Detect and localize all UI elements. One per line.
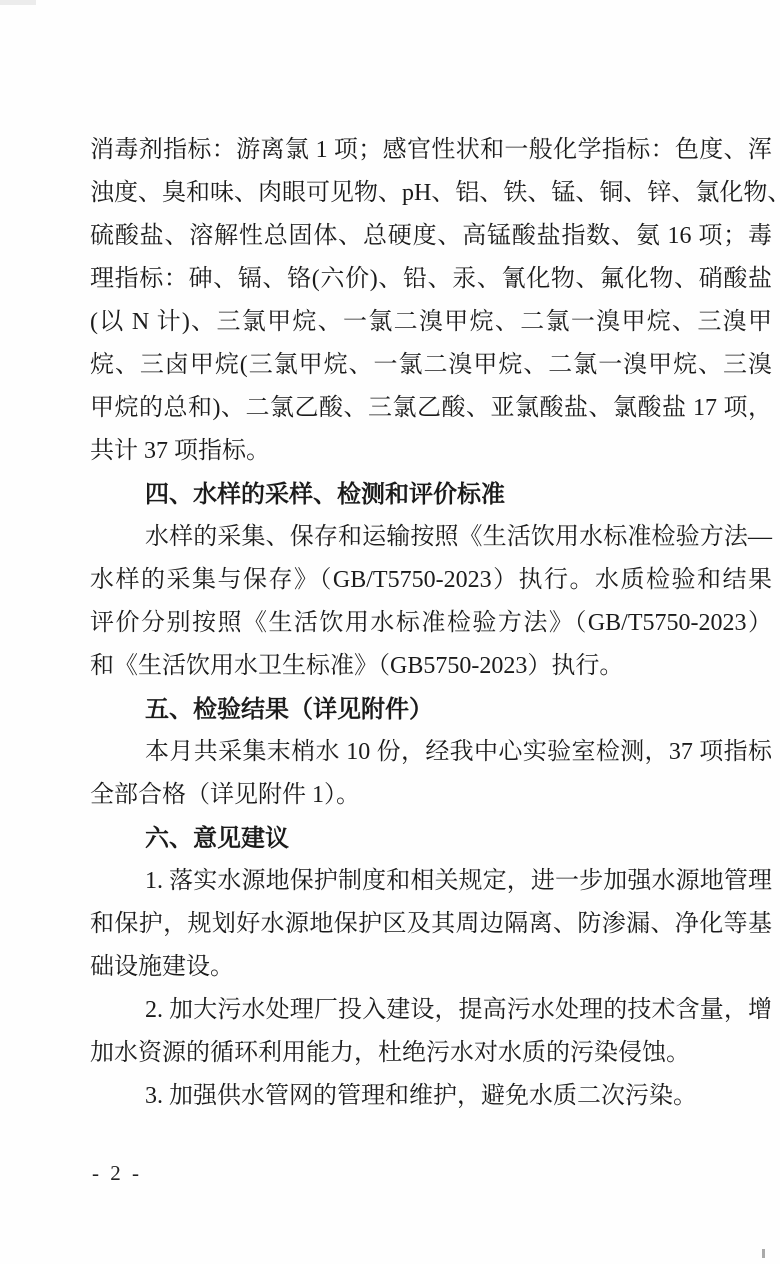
text-line: 共计 37 项指标。 (90, 430, 772, 473)
text-line: 础设施建设。 (90, 946, 772, 989)
document-page: 消毒剂指标：游离氯 1 项；感官性状和一般化学指标：色度、浑 浊度、臭和味、肉眼… (0, 0, 780, 1264)
scan-artifact-top-left (0, 0, 36, 5)
text-line: 消毒剂指标：游离氯 1 项；感官性状和一般化学指标：色度、浑 (90, 129, 772, 172)
heading-section-5: 五、检验结果（详见附件） (90, 688, 772, 731)
document-body: 消毒剂指标：游离氯 1 项；感官性状和一般化学指标：色度、浑 浊度、臭和味、肉眼… (90, 129, 772, 1118)
text-line: 2. 加大污水处理厂投入建设，提高污水处理的技术含量，增 (90, 989, 772, 1032)
text-line: 1. 落实水源地保护制度和相关规定，进一步加强水源地管理 (90, 860, 772, 903)
text-line: 和《生活饮用水卫生标准》（GB5750-2023）执行。 (90, 645, 772, 688)
heading-section-6: 六、意见建议 (90, 817, 772, 860)
text-line: (以 N 计)、三氯甲烷、一氯二溴甲烷、二氯一溴甲烷、三溴甲 (90, 301, 772, 344)
page-number: - 2 - (92, 1158, 142, 1188)
text-line: 理指标：砷、镉、铬(六价)、铅、汞、氰化物、氟化物、硝酸盐 (90, 258, 772, 301)
text-line: 评价分别按照《生活饮用水标准检验方法》（GB/T5750-2023） (90, 602, 772, 645)
text-line: 烷、三卤甲烷(三氯甲烷、一氯二溴甲烷、二氯一溴甲烷、三溴 (90, 344, 772, 387)
text-line: 加水资源的循环利用能力，杜绝污水对水质的污染侵蚀。 (90, 1032, 772, 1075)
text-line: 硫酸盐、溶解性总固体、总硬度、高锰酸盐指数、氨 16 项；毒 (90, 215, 772, 258)
text-line: 本月共采集末梢水 10 份，经我中心实验室检测，37 项指标 (90, 731, 772, 774)
scan-artifact-bottom-right (762, 1249, 765, 1258)
text-line: 甲烷的总和)、二氯乙酸、三氯乙酸、亚氯酸盐、氯酸盐 17 项， (90, 387, 772, 430)
text-line: 水样的采集、保存和运输按照《生活饮用水标准检验方法— (90, 516, 772, 559)
text-line: 浊度、臭和味、肉眼可见物、pH、铝、铁、锰、铜、锌、氯化物、 (90, 172, 772, 215)
text-line: 3. 加强供水管网的管理和维护，避免水质二次污染。 (90, 1075, 772, 1118)
heading-section-4: 四、水样的采样、检测和评价标准 (90, 473, 772, 516)
text-line: 水样的采集与保存》（GB/T5750-2023）执行。水质检验和结果 (90, 559, 772, 602)
text-line: 全部合格（详见附件 1）。 (90, 774, 772, 817)
text-line: 和保护，规划好水源地保护区及其周边隔离、防渗漏、净化等基 (90, 903, 772, 946)
